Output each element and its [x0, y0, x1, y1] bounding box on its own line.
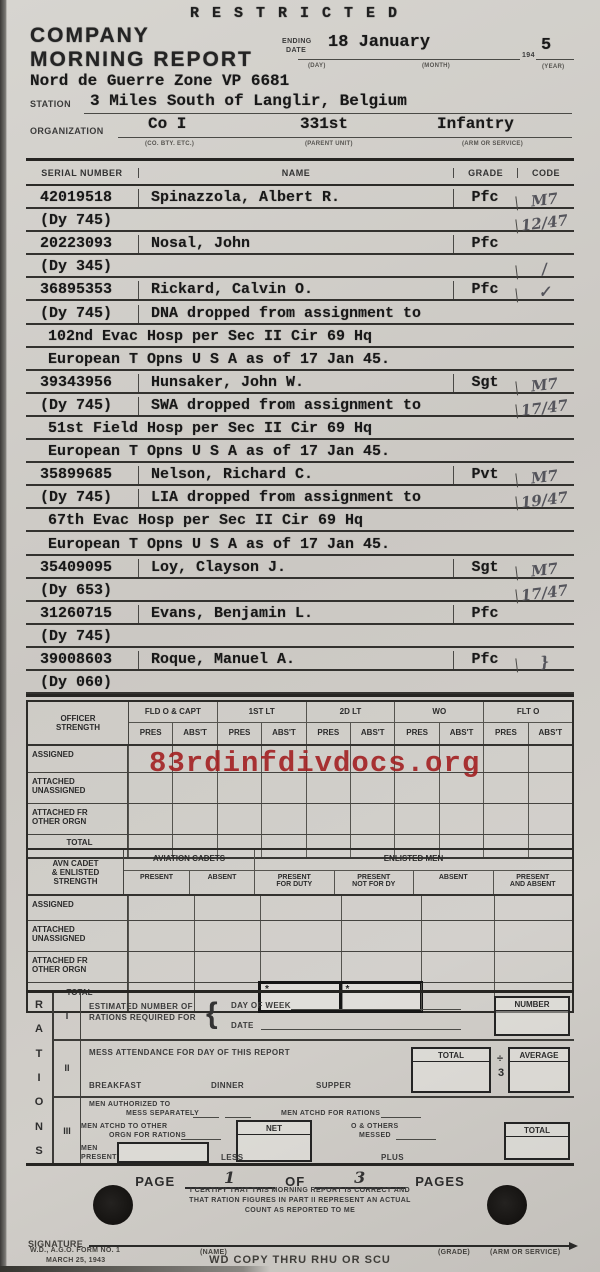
orgn-for-rations-label: ORGN FOR RATIONS	[109, 1132, 186, 1139]
subheader-present: PRES	[129, 723, 172, 744]
roster-grade: Sgt	[453, 559, 516, 577]
roster-name: Evans, Benjamin L.	[138, 605, 453, 623]
station-label: STATION	[30, 99, 71, 109]
strength-cell	[341, 952, 422, 982]
roster-code-annotation	[516, 689, 572, 696]
col-group-flt-o: FLT O	[483, 702, 572, 722]
number-box: NUMBER	[494, 996, 570, 1036]
roster-name: Rickard, Calvin O.	[138, 281, 453, 299]
report-date-value: 18 January	[328, 33, 430, 52]
strength-cell	[260, 921, 341, 951]
org-arm-value: Infantry	[437, 115, 514, 133]
roster-row: (Dy 745)LIA dropped from assignment to19…	[26, 486, 574, 509]
roster-code-annotation: 17/47	[515, 582, 572, 603]
roster-row: European T Opns U S A as of 17 Jan 45.	[26, 440, 574, 463]
roster-code-annotation: M7	[515, 559, 572, 580]
col-absent: ABSENT	[189, 871, 254, 894]
day-caption: (DAY)	[308, 63, 326, 69]
roster-continuation-text: 102nd Evac Hosp per Sec II Cir 69 Hq	[26, 328, 574, 346]
roster-code-annotation: M7	[515, 374, 572, 395]
roster-serial-number: (Dy 745)	[26, 489, 138, 507]
strength-cell	[260, 896, 341, 920]
roster-serial-number: (Dy 745)	[26, 628, 138, 646]
strength-cell	[128, 921, 194, 951]
roster-name: Nelson, Richard C.	[138, 466, 453, 484]
rations-letter: O	[35, 1096, 44, 1108]
average-box-label: AVERAGE	[510, 1049, 568, 1062]
subheader-present: PRES	[394, 723, 438, 744]
roster-serial-number: (Dy 745)	[26, 397, 138, 415]
roster-code-annotation: 17/47	[515, 398, 572, 419]
average-box: AVERAGE	[508, 1047, 570, 1093]
strength-cell	[306, 804, 350, 834]
roster-serial-number: 35409095	[26, 559, 138, 577]
strength-cell	[261, 804, 305, 834]
roster-row: (Dy 345)/	[26, 255, 574, 278]
divisor: 3	[498, 1067, 504, 1079]
row-label: ASSIGNED	[28, 746, 128, 772]
strength-cell	[439, 804, 483, 834]
roster-row: 102nd Evac Hosp per Sec II Cir 69 Hq	[26, 325, 574, 348]
row-label: ATTACHED UNASSIGNED	[28, 921, 128, 951]
roster-name: Spinazzola, Albert R.	[138, 189, 453, 207]
roster-serial-number: (Dy 745)	[26, 212, 138, 230]
roster-row: 67th Evac Hosp per Sec II Cir 69 Hq	[26, 509, 574, 532]
roster-name: Loy, Clayson J.	[138, 559, 453, 577]
avn-strength-header: AVN CADET & ENLISTED STRENGTH	[28, 850, 124, 894]
strength-cell	[494, 952, 572, 982]
col-group-1st-lt: 1ST LT	[217, 702, 306, 722]
rations-part-1: I ESTIMATED NUMBER OF RATIONS REQUIRED F…	[54, 993, 574, 1039]
avn-strength-row: ATTACHED FR OTHER ORGN	[28, 952, 572, 983]
enlisted-strength-table: AVN CADET & ENLISTED STRENGTH AVIATION C…	[26, 848, 574, 1013]
roster-grade: Pfc	[453, 605, 516, 623]
officer-strength-subheaders: PRESABS'TPRESABS'TPRESABS'TPRESABS'TPRES…	[129, 722, 572, 744]
mess-attendance-label: MESS ATTENDANCE FOR DAY OF THIS REPORT	[89, 1048, 290, 1057]
men-authorized-label: MEN AUTHORIZED TO	[89, 1101, 170, 1108]
roster-serial-number: (Dy 745)	[26, 305, 138, 323]
roster-name: Roque, Manuel A.	[138, 651, 453, 669]
pages-total: 3	[354, 1168, 366, 1187]
roster-header-grade: GRADE	[453, 168, 517, 178]
strength-cell	[350, 804, 394, 834]
org-unit-caption: (CO. BTY. ETC.)	[145, 141, 194, 147]
roster-serial-number: 39008603	[26, 651, 138, 669]
strength-cell	[172, 804, 216, 834]
messed-label: MESSED	[359, 1132, 391, 1139]
net-box-label: NET	[238, 1122, 310, 1135]
watermark-text: 83rdinfdivdocs.org	[149, 747, 480, 780]
org-arm-caption: (ARM OR SERVICE)	[462, 141, 523, 147]
strength-cell	[494, 921, 572, 951]
roster-row: 42019518Spinazzola, Albert R.PfcM7	[26, 186, 574, 209]
year-prefix: 194	[522, 52, 535, 59]
roster-code-annotation: M7	[515, 467, 572, 488]
officer-strength-columns: FLD O & CAPT 1ST LT 2D LT WO FLT O PRESA…	[129, 702, 572, 744]
zone-line: Nord de Guerre Zone VP 6681	[30, 72, 289, 90]
rations-letter: N	[35, 1121, 43, 1133]
certification-text: I CERTIFY THAT THIS MORNING REPORT IS CO…	[150, 1186, 450, 1216]
roster-serial-number: 20223093	[26, 235, 138, 253]
roster-grade: Pfc	[453, 235, 516, 253]
o-and-others-label: O & OTHERS	[351, 1123, 399, 1130]
rations-total-label: TOTAL	[506, 1124, 568, 1137]
number-box-label: NUMBER	[496, 998, 568, 1011]
col-present-and-absent: PRESENT AND ABSENT	[493, 871, 573, 894]
strength-cell	[483, 773, 527, 803]
roster-header-name: NAME	[138, 168, 453, 178]
strength-cell	[528, 804, 572, 834]
subheader-absent: ABS'T	[350, 723, 394, 744]
roster-code-annotation: ✓	[515, 282, 572, 303]
strength-cell	[194, 896, 260, 920]
roster-serial-number: 42019518	[26, 189, 138, 207]
blank-1	[193, 1117, 219, 1118]
rations-letter: S	[35, 1145, 42, 1157]
supper-label: SUPPER	[316, 1081, 351, 1090]
morning-report-document: RESTRICTED COMPANY MORNING REPORT ENDING…	[0, 0, 600, 1272]
page-title: COMPANY	[30, 24, 150, 48]
roster-header-row: SERIAL NUMBER NAME GRADE CODE	[26, 161, 574, 186]
roster-row: (Dy 745)	[26, 625, 574, 648]
men-present-box	[117, 1142, 209, 1163]
roster-continuation-text: European T Opns U S A as of 17 Jan 45.	[26, 536, 574, 554]
brace: {	[206, 997, 218, 1031]
roster-row: European T Opns U S A as of 17 Jan 45.	[26, 348, 574, 371]
roster-grade: Pfc	[453, 651, 516, 669]
roster-serial-number: (Dy 653)	[26, 582, 138, 600]
form-id-line1: W.D., A.G.O. FORM NO. 1	[30, 1247, 120, 1254]
col-group-fldo-capt: FLD O & CAPT	[129, 702, 217, 722]
roster-row: 35409095Loy, Clayson J.SgtM7	[26, 556, 574, 579]
strength-cell	[483, 746, 527, 772]
rations-letter: A	[35, 1023, 43, 1035]
rations-letter: T	[36, 1048, 43, 1060]
blank-2	[225, 1117, 251, 1118]
strength-cell	[528, 746, 572, 772]
row-label: ASSIGNED	[28, 896, 128, 920]
roster-code-annotation: /	[515, 259, 572, 280]
rations-vertical-label: RATIONS	[26, 993, 52, 1163]
net-box: NET	[236, 1120, 312, 1162]
group-aviation-cadets: AVIATION CADETS	[124, 850, 254, 870]
subheader-absent: ABS'T	[439, 723, 483, 744]
strength-cell	[217, 804, 261, 834]
strength-cell	[341, 921, 422, 951]
strength-cell	[194, 952, 260, 982]
month-caption: (MONTH)	[422, 63, 450, 69]
col-present-not-for-dy: PRESENT NOT FOR DY	[334, 871, 414, 894]
roster-name: Hunsaker, John W.	[138, 374, 453, 392]
group-enlisted-men: ENLISTED MEN	[254, 850, 572, 870]
part-2-numeral: II	[54, 1041, 81, 1096]
subheader-absent: ABS'T	[528, 723, 572, 744]
roster-continuation-text: European T Opns U S A as of 17 Jan 45.	[26, 351, 574, 369]
strength-cell	[421, 921, 494, 951]
strength-cell	[394, 804, 438, 834]
row-label: ATTACHED UNASSIGNED	[28, 773, 128, 803]
punch-hole-left	[93, 1185, 133, 1225]
strength-cell	[128, 952, 194, 982]
officer-strength-header: OFFICER STRENGTH	[28, 702, 129, 744]
roster-name: LIA dropped from assignment to	[138, 489, 453, 507]
roster-name: DNA dropped from assignment to	[138, 305, 453, 323]
date-underline	[298, 59, 520, 60]
strength-cell	[421, 952, 494, 982]
blank-5	[396, 1139, 436, 1140]
roster-grade: Pfc	[453, 189, 516, 207]
roster-continuation-text: European T Opns U S A as of 17 Jan 45.	[26, 443, 574, 461]
rations-required-label: ESTIMATED NUMBER OF RATIONS REQUIRED FOR	[89, 1001, 196, 1023]
roster-serial-number: 39343956	[26, 374, 138, 392]
strength-cell	[128, 804, 172, 834]
blank-4	[181, 1139, 221, 1140]
divide-sign: ÷	[497, 1053, 503, 1065]
roster-table: SERIAL NUMBER NAME GRADE CODE 42019518Sp…	[26, 158, 574, 697]
day-of-week-blank	[291, 1009, 461, 1010]
strength-cell	[260, 952, 341, 982]
organization-underline	[118, 137, 572, 138]
roster-row: 36895353Rickard, Calvin O.Pfc✓	[26, 278, 574, 301]
punch-hole-right	[487, 1185, 527, 1225]
roster-row: (Dy 060)	[26, 671, 574, 694]
rations-letter: R	[35, 999, 43, 1011]
row-label: ATTACHED FR OTHER ORGN	[28, 952, 128, 982]
year-caption: (YEAR)	[542, 64, 564, 70]
blank-3	[381, 1117, 421, 1118]
roster-header-serial: SERIAL NUMBER	[26, 168, 138, 178]
signature-line	[89, 1233, 576, 1247]
col-em-absent: ABSENT	[413, 871, 493, 894]
avn-strength-row: ATTACHED UNASSIGNED	[28, 921, 572, 952]
roster-code-annotation: 12/47	[515, 213, 572, 234]
subheader-absent: ABS'T	[261, 723, 305, 744]
roster-row: (Dy 745)12/47	[26, 209, 574, 232]
roster-row: 31260715Evans, Benjamin L.Pfc	[26, 602, 574, 625]
subheader-present: PRES	[217, 723, 261, 744]
men-atchd-other-label: MEN ATCHD TO OTHER	[81, 1123, 167, 1130]
officer-strength-row: ATTACHED FR OTHER ORGN	[28, 804, 572, 835]
row-label: ATTACHED FR OTHER ORGN	[28, 804, 128, 834]
copy-note: WD COPY THRU RHU OR SCU	[0, 1254, 600, 1266]
org-unit-value: Co I	[148, 115, 186, 133]
roster-code-annotation: M7	[515, 190, 572, 211]
roster-header-code: CODE	[517, 168, 574, 178]
date-label: DATE	[286, 47, 306, 54]
strength-cell	[528, 773, 572, 803]
roster-row: 39343956Hunsaker, John W.SgtM7	[26, 371, 574, 394]
station-value: 3 Miles South of Langlir, Belgium	[90, 92, 407, 110]
roster-row: (Dy 745)SWA dropped from assignment to17…	[26, 394, 574, 417]
org-parent-caption: (PARENT UNIT)	[305, 141, 353, 147]
rations-section: RATIONS I ESTIMATED NUMBER OF RATIONS RE…	[26, 990, 574, 1166]
subheader-absent: ABS'T	[172, 723, 216, 744]
roster-row: 39008603Roque, Manuel A.Pfc}	[26, 648, 574, 671]
strength-cell	[194, 921, 260, 951]
col-present: PRESENT	[124, 871, 189, 894]
part-3-numeral: III	[54, 1098, 81, 1163]
mess-separately-label: MESS SEPARATELY	[126, 1110, 199, 1117]
dinner-label: DINNER	[211, 1081, 244, 1090]
breakfast-label: BREAKFAST	[89, 1081, 142, 1090]
strength-cell	[483, 804, 527, 834]
avn-strength-row: ASSIGNED	[28, 896, 572, 921]
roster-continuation-text: 51st Field Hosp per Sec II Cir 69 Hq	[26, 420, 574, 438]
subheader-present: PRES	[483, 723, 527, 744]
roster-name: Nosal, John	[138, 235, 453, 253]
less-label: LESS	[221, 1153, 244, 1162]
roster-row: (Dy 653)17/47	[26, 579, 574, 602]
roster-name: SWA dropped from assignment to	[138, 397, 453, 415]
roster-code-annotation: 19/47	[515, 490, 572, 511]
roster-row: (Dy 745)DNA dropped from assignment to	[26, 301, 574, 324]
roster-serial-number: 36895353	[26, 281, 138, 299]
organization-label: ORGANIZATION	[30, 126, 104, 136]
ending-label: ENDING	[282, 38, 312, 45]
org-parent-value: 331st	[300, 115, 348, 133]
day-of-week-label: DAY OF WEEK	[231, 1001, 291, 1010]
roster-continuation-text: 67th Evac Hosp per Sec II Cir 69 Hq	[26, 512, 574, 530]
report-year-value: 5	[541, 36, 551, 55]
part-1-numeral: I	[54, 993, 81, 1039]
roster-grade: Pvt	[453, 466, 516, 484]
classification-banner: RESTRICTED	[0, 5, 600, 22]
roster-serial-number: 35899685	[26, 466, 138, 484]
year-underline	[536, 59, 574, 60]
roster-row: European T Opns U S A as of 17 Jan 45.	[26, 532, 574, 555]
rations-part-3: III MEN AUTHORIZED TO MESS SEPARATELY ME…	[54, 1096, 574, 1163]
roster-grade: Sgt	[453, 374, 516, 392]
col-present-for-duty: PRESENT FOR DUTY	[254, 871, 334, 894]
page-number: 1	[224, 1168, 236, 1187]
strength-cell	[128, 896, 194, 920]
roster-serial-number: (Dy 060)	[26, 674, 138, 692]
rations-total-box: TOTAL	[504, 1122, 570, 1160]
roster-code-annotation: }	[515, 652, 572, 673]
men-present-label: MEN PRESENT	[81, 1144, 117, 1162]
mess-total-label: TOTAL	[413, 1049, 489, 1062]
station-underline	[84, 113, 572, 114]
page-subtitle: MORNING REPORT	[30, 48, 253, 72]
roster-rows: 42019518Spinazzola, Albert R.PfcM7(Dy 74…	[26, 186, 574, 694]
roster-grade: Pfc	[453, 281, 516, 299]
roster-serial-number: 31260715	[26, 605, 138, 623]
strength-cell	[341, 896, 422, 920]
roster-serial-number: (Dy 345)	[26, 258, 138, 276]
mess-total-box: TOTAL	[411, 1047, 491, 1093]
roster-row: 51st Field Hosp per Sec II Cir 69 Hq	[26, 417, 574, 440]
col-group-wo: WO	[394, 702, 483, 722]
date-field-label: DATE	[231, 1021, 254, 1030]
strength-cell	[421, 896, 494, 920]
roster-row: 35899685Nelson, Richard C.PvtM7	[26, 463, 574, 486]
strength-cell	[494, 896, 572, 920]
date-blank	[261, 1029, 461, 1030]
subheader-present: PRES	[306, 723, 350, 744]
men-atchd-for-rations-label: MEN ATCHD FOR RATIONS	[281, 1110, 380, 1117]
rations-part-2: II MESS ATTENDANCE FOR DAY OF THIS REPOR…	[54, 1039, 574, 1096]
plus-label: PLUS	[381, 1153, 404, 1162]
roster-row: 20223093Nosal, JohnPfc	[26, 232, 574, 255]
rations-letter: I	[37, 1072, 40, 1084]
col-group-2d-lt: 2D LT	[306, 702, 395, 722]
